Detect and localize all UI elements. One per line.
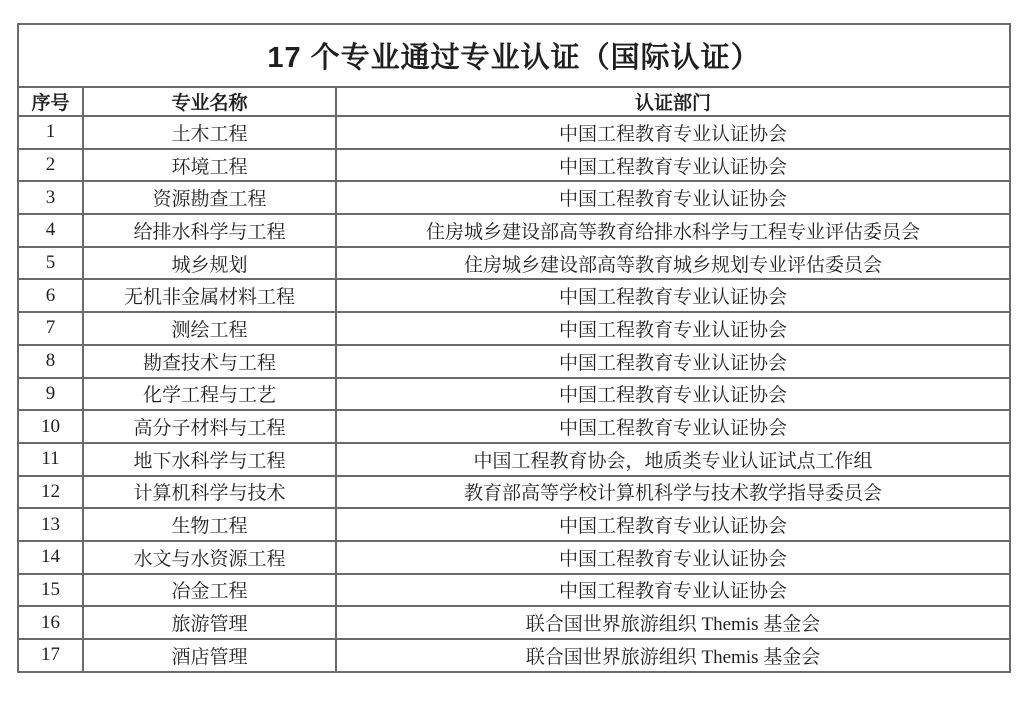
cell-no: 14 — [18, 541, 83, 574]
column-header-no: 序号 — [18, 87, 83, 116]
cell-major: 冶金工程 — [83, 574, 336, 607]
cell-no: 4 — [18, 214, 83, 247]
table-row: 17 酒店管理 联合国世界旅游组织 Themis 基金会 — [18, 639, 1010, 672]
cell-major: 无机非金属材料工程 — [83, 279, 336, 312]
cell-dept: 住房城乡建设部高等教育给排水科学与工程专业评估委员会 — [336, 214, 1010, 247]
cell-dept: 中国工程教育协会，地质类专业认证试点工作组 — [336, 443, 1010, 476]
cell-no: 11 — [18, 443, 83, 476]
cell-no: 5 — [18, 247, 83, 280]
cell-major: 环境工程 — [83, 149, 336, 182]
cell-no: 12 — [18, 476, 83, 509]
cell-major: 勘查技术与工程 — [83, 345, 336, 378]
cell-no: 15 — [18, 574, 83, 607]
cell-major: 旅游管理 — [83, 606, 336, 639]
cell-no: 10 — [18, 410, 83, 443]
cell-dept: 中国工程教育专业认证协会 — [336, 410, 1010, 443]
cell-no: 7 — [18, 312, 83, 345]
cell-dept: 中国工程教育专业认证协会 — [336, 149, 1010, 182]
table-row: 6 无机非金属材料工程 中国工程教育专业认证协会 — [18, 279, 1010, 312]
cell-major: 计算机科学与技术 — [83, 476, 336, 509]
table-row: 7 测绘工程 中国工程教育专业认证协会 — [18, 312, 1010, 345]
table-row: 9 化学工程与工艺 中国工程教育专业认证协会 — [18, 378, 1010, 411]
cell-major: 城乡规划 — [83, 247, 336, 280]
cell-major: 给排水科学与工程 — [83, 214, 336, 247]
table-row: 2 环境工程 中国工程教育专业认证协会 — [18, 149, 1010, 182]
page: 17 个专业通过专业认证（国际认证） 序号 专业名称 认证部门 1 土木工程 中… — [0, 0, 1024, 721]
table-row: 13 生物工程 中国工程教育专业认证协会 — [18, 508, 1010, 541]
cell-dept: 中国工程教育专业认证协会 — [336, 378, 1010, 411]
cell-dept: 中国工程教育专业认证协会 — [336, 312, 1010, 345]
table-row: 14 水文与水资源工程 中国工程教育专业认证协会 — [18, 541, 1010, 574]
table-row: 12 计算机科学与技术 教育部高等学校计算机科学与技术教学指导委员会 — [18, 476, 1010, 509]
cell-dept: 中国工程教育专业认证协会 — [336, 279, 1010, 312]
cell-dept: 教育部高等学校计算机科学与技术教学指导委员会 — [336, 476, 1010, 509]
page-title: 17 个专业通过专业认证（国际认证） — [18, 24, 1010, 87]
table-row: 3 资源勘查工程 中国工程教育专业认证协会 — [18, 181, 1010, 214]
cell-dept: 中国工程教育专业认证协会 — [336, 541, 1010, 574]
cell-no: 2 — [18, 149, 83, 182]
table-row: 1 土木工程 中国工程教育专业认证协会 — [18, 116, 1010, 149]
cell-dept: 中国工程教育专业认证协会 — [336, 345, 1010, 378]
table-body: 1 土木工程 中国工程教育专业认证协会 2 环境工程 中国工程教育专业认证协会 … — [18, 116, 1010, 672]
cell-no: 16 — [18, 606, 83, 639]
table-row: 10 高分子材料与工程 中国工程教育专业认证协会 — [18, 410, 1010, 443]
certification-table: 17 个专业通过专业认证（国际认证） 序号 专业名称 认证部门 1 土木工程 中… — [17, 23, 1011, 673]
column-header-dept: 认证部门 — [336, 87, 1010, 116]
cell-no: 6 — [18, 279, 83, 312]
cell-major: 酒店管理 — [83, 639, 336, 672]
cell-major: 高分子材料与工程 — [83, 410, 336, 443]
table-row: 4 给排水科学与工程 住房城乡建设部高等教育给排水科学与工程专业评估委员会 — [18, 214, 1010, 247]
table-row: 5 城乡规划 住房城乡建设部高等教育城乡规划专业评估委员会 — [18, 247, 1010, 280]
cell-dept: 中国工程教育专业认证协会 — [336, 181, 1010, 214]
table-header-row: 序号 专业名称 认证部门 — [18, 87, 1010, 116]
cell-no: 9 — [18, 378, 83, 411]
title-row: 17 个专业通过专业认证（国际认证） — [18, 24, 1010, 87]
cell-major: 土木工程 — [83, 116, 336, 149]
table-row: 8 勘查技术与工程 中国工程教育专业认证协会 — [18, 345, 1010, 378]
cell-major: 生物工程 — [83, 508, 336, 541]
table-row: 11 地下水科学与工程 中国工程教育协会，地质类专业认证试点工作组 — [18, 443, 1010, 476]
cell-no: 1 — [18, 116, 83, 149]
cell-dept: 联合国世界旅游组织 Themis 基金会 — [336, 606, 1010, 639]
cell-major: 资源勘查工程 — [83, 181, 336, 214]
column-header-major: 专业名称 — [83, 87, 336, 116]
cell-dept: 中国工程教育专业认证协会 — [336, 574, 1010, 607]
cell-dept: 联合国世界旅游组织 Themis 基金会 — [336, 639, 1010, 672]
cell-no: 17 — [18, 639, 83, 672]
table-row: 15 冶金工程 中国工程教育专业认证协会 — [18, 574, 1010, 607]
cell-major: 测绘工程 — [83, 312, 336, 345]
cell-major: 地下水科学与工程 — [83, 443, 336, 476]
cell-dept: 中国工程教育专业认证协会 — [336, 508, 1010, 541]
cell-major: 水文与水资源工程 — [83, 541, 336, 574]
table-row: 16 旅游管理 联合国世界旅游组织 Themis 基金会 — [18, 606, 1010, 639]
certification-table-wrapper: 17 个专业通过专业认证（国际认证） 序号 专业名称 认证部门 1 土木工程 中… — [17, 23, 1011, 673]
cell-major: 化学工程与工艺 — [83, 378, 336, 411]
cell-no: 3 — [18, 181, 83, 214]
cell-dept: 住房城乡建设部高等教育城乡规划专业评估委员会 — [336, 247, 1010, 280]
cell-no: 13 — [18, 508, 83, 541]
cell-no: 8 — [18, 345, 83, 378]
cell-dept: 中国工程教育专业认证协会 — [336, 116, 1010, 149]
